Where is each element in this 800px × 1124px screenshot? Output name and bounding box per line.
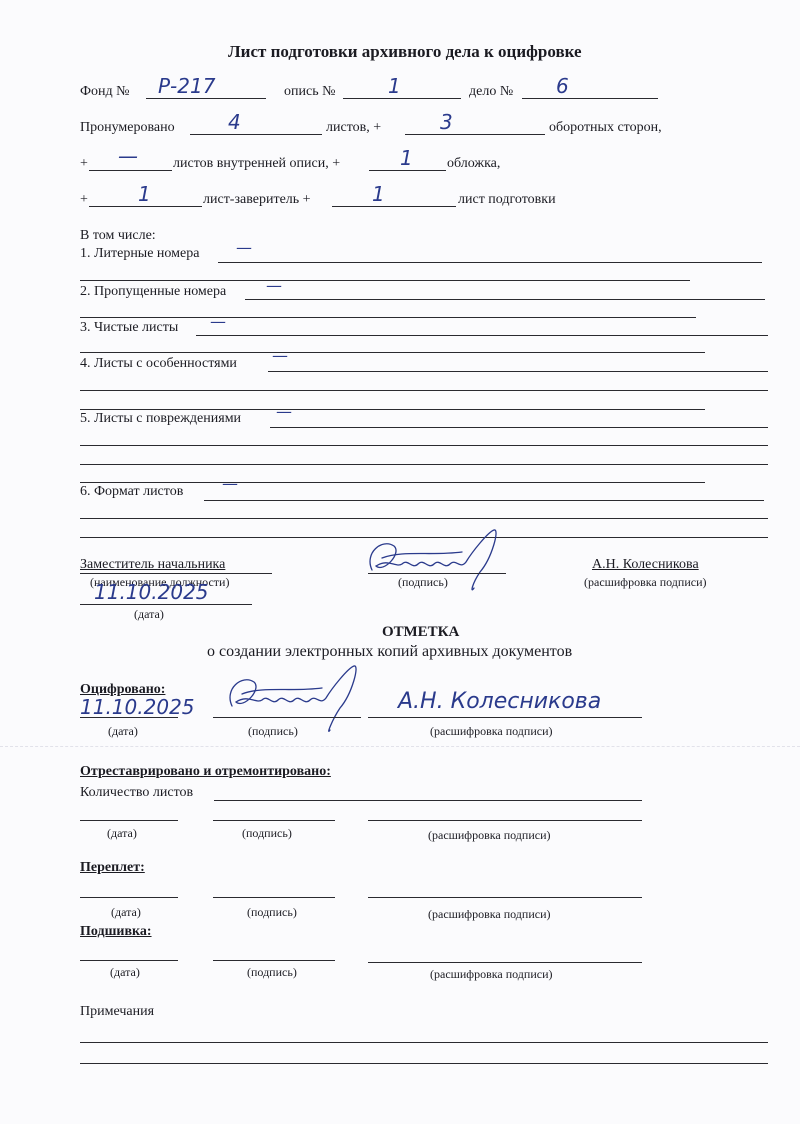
prep-value[interactable]: 1 [372,184,385,204]
stitching-signature-line [213,960,335,961]
approval-name: А.Н. Колесникова [592,557,699,573]
fond-label: Фонд № [80,84,130,100]
item-label: 6. Формат листов [80,484,183,500]
prep-label: лист подготовки [458,192,556,208]
prep-line [332,206,456,207]
restored-label: Отреставрировано и отремонтировано: [80,764,331,780]
binding-date-line [80,897,178,898]
item-value[interactable]: — [236,238,252,258]
item-line [270,427,768,428]
restored-name-caption: (расшифровка подписи) [428,827,551,843]
item-line [204,500,764,501]
item-label: 3. Чистые листы [80,320,178,336]
binding-name-line [368,897,642,898]
restored-name-line [368,820,642,821]
digitized-name-line [368,717,642,718]
digitized-signature-caption: (подпись) [248,723,298,739]
item-line [80,464,768,465]
approval-date-line [80,604,252,605]
item-value[interactable]: — [210,312,226,332]
opis-value[interactable]: 1 [388,76,401,96]
digitized-date-caption: (дата) [108,723,138,739]
numbered-label: Пронумеровано [80,120,175,136]
item-value[interactable]: — [266,276,282,296]
item-line [80,445,768,446]
plus-sign: + [80,192,88,208]
digitized-name-value[interactable]: А.Н. Колесникова [398,692,601,712]
inner-inventory-line [89,170,172,171]
item-line [80,317,696,318]
delo-label: дело № [469,84,513,100]
item-line [196,335,768,336]
cover-line [369,170,446,171]
item-line [80,280,690,281]
certifier-label: лист-заверитель + [203,192,311,208]
item-label: 4. Листы с особенностями [80,356,237,372]
stitching-date-line [80,960,178,961]
sheets-label: листов, + [326,120,381,136]
stitching-label: Подшивка: [80,924,152,940]
mark-title: ОТМЕТКА [382,624,459,640]
document-title: Лист подготовки архивного дела к оцифров… [228,42,582,62]
numbered-value[interactable]: 4 [228,112,241,132]
item-line [218,262,762,263]
item-label: 5. Листы с повреждениями [80,411,241,427]
restored-signature-line [213,820,335,821]
notes-line[interactable] [80,1063,768,1064]
stitching-signature-caption: (подпись) [247,964,297,980]
reverse-value[interactable]: 3 [440,112,453,132]
digitized-date-value[interactable]: 11.10.2025 [80,697,195,717]
binding-name-caption: (расшифровка подписи) [428,906,551,922]
name-caption: (расшифровка подписи) [584,574,707,590]
approval-date-caption: (дата) [134,606,164,622]
digitized-signature-line [213,717,361,718]
digitized-name-caption: (расшифровка подписи) [430,723,553,739]
item-line [80,409,705,410]
opis-line [343,98,461,99]
item-label: 2. Пропущенные номера [80,284,226,300]
inner-inventory-label: листов внутренней описи, + [173,156,340,172]
item-value[interactable]: — [222,474,238,494]
fond-value[interactable]: Р-217 [158,76,215,96]
inner-inventory-value[interactable]: — [118,146,138,166]
item-line [268,371,768,372]
cover-value[interactable]: 1 [400,148,413,168]
stitching-name-caption: (расшифровка подписи) [430,966,553,982]
binding-signature-line [213,897,335,898]
plus-sign: + [80,156,88,172]
scan-artifact [0,746,800,747]
approval-date-value[interactable]: 11.10.2025 [94,582,209,602]
item-line [80,518,768,519]
restored-count-line [214,800,642,801]
certifier-line [89,206,202,207]
binding-label: Переплет: [80,860,145,876]
reverse-line [405,134,545,135]
approval-position: Заместитель начальника [80,557,225,573]
item-line [80,482,705,483]
signature-caption: (подпись) [398,574,448,590]
item-value[interactable]: — [272,346,288,366]
mark-subtitle: о создании электронных копий архивных до… [207,644,572,660]
item-line [245,299,765,300]
item-line [80,390,768,391]
notes-label: Примечания [80,1004,154,1020]
delo-line [522,98,658,99]
stitching-date-caption: (дата) [110,964,140,980]
restored-count-label: Количество листов [80,785,193,801]
item-label: 1. Литерные номера [80,246,199,262]
digitized-date-line [80,717,178,718]
restored-signature-caption: (подпись) [242,825,292,841]
item-line [80,352,705,353]
binding-signature-caption: (подпись) [247,904,297,920]
certifier-value[interactable]: 1 [138,184,151,204]
including-label: В том числе: [80,228,156,244]
stitching-name-line [368,962,642,963]
notes-line[interactable] [80,1042,768,1043]
fond-line [146,98,266,99]
delo-value[interactable]: 6 [556,76,569,96]
reverse-label: оборотных сторон, [549,120,662,136]
opis-label: опись № [284,84,335,100]
restored-date-caption: (дата) [107,825,137,841]
item-value[interactable]: — [276,402,292,422]
binding-date-caption: (дата) [111,904,141,920]
numbered-line [190,134,322,135]
restored-date-line [80,820,178,821]
cover-label: обложка, [447,156,500,172]
